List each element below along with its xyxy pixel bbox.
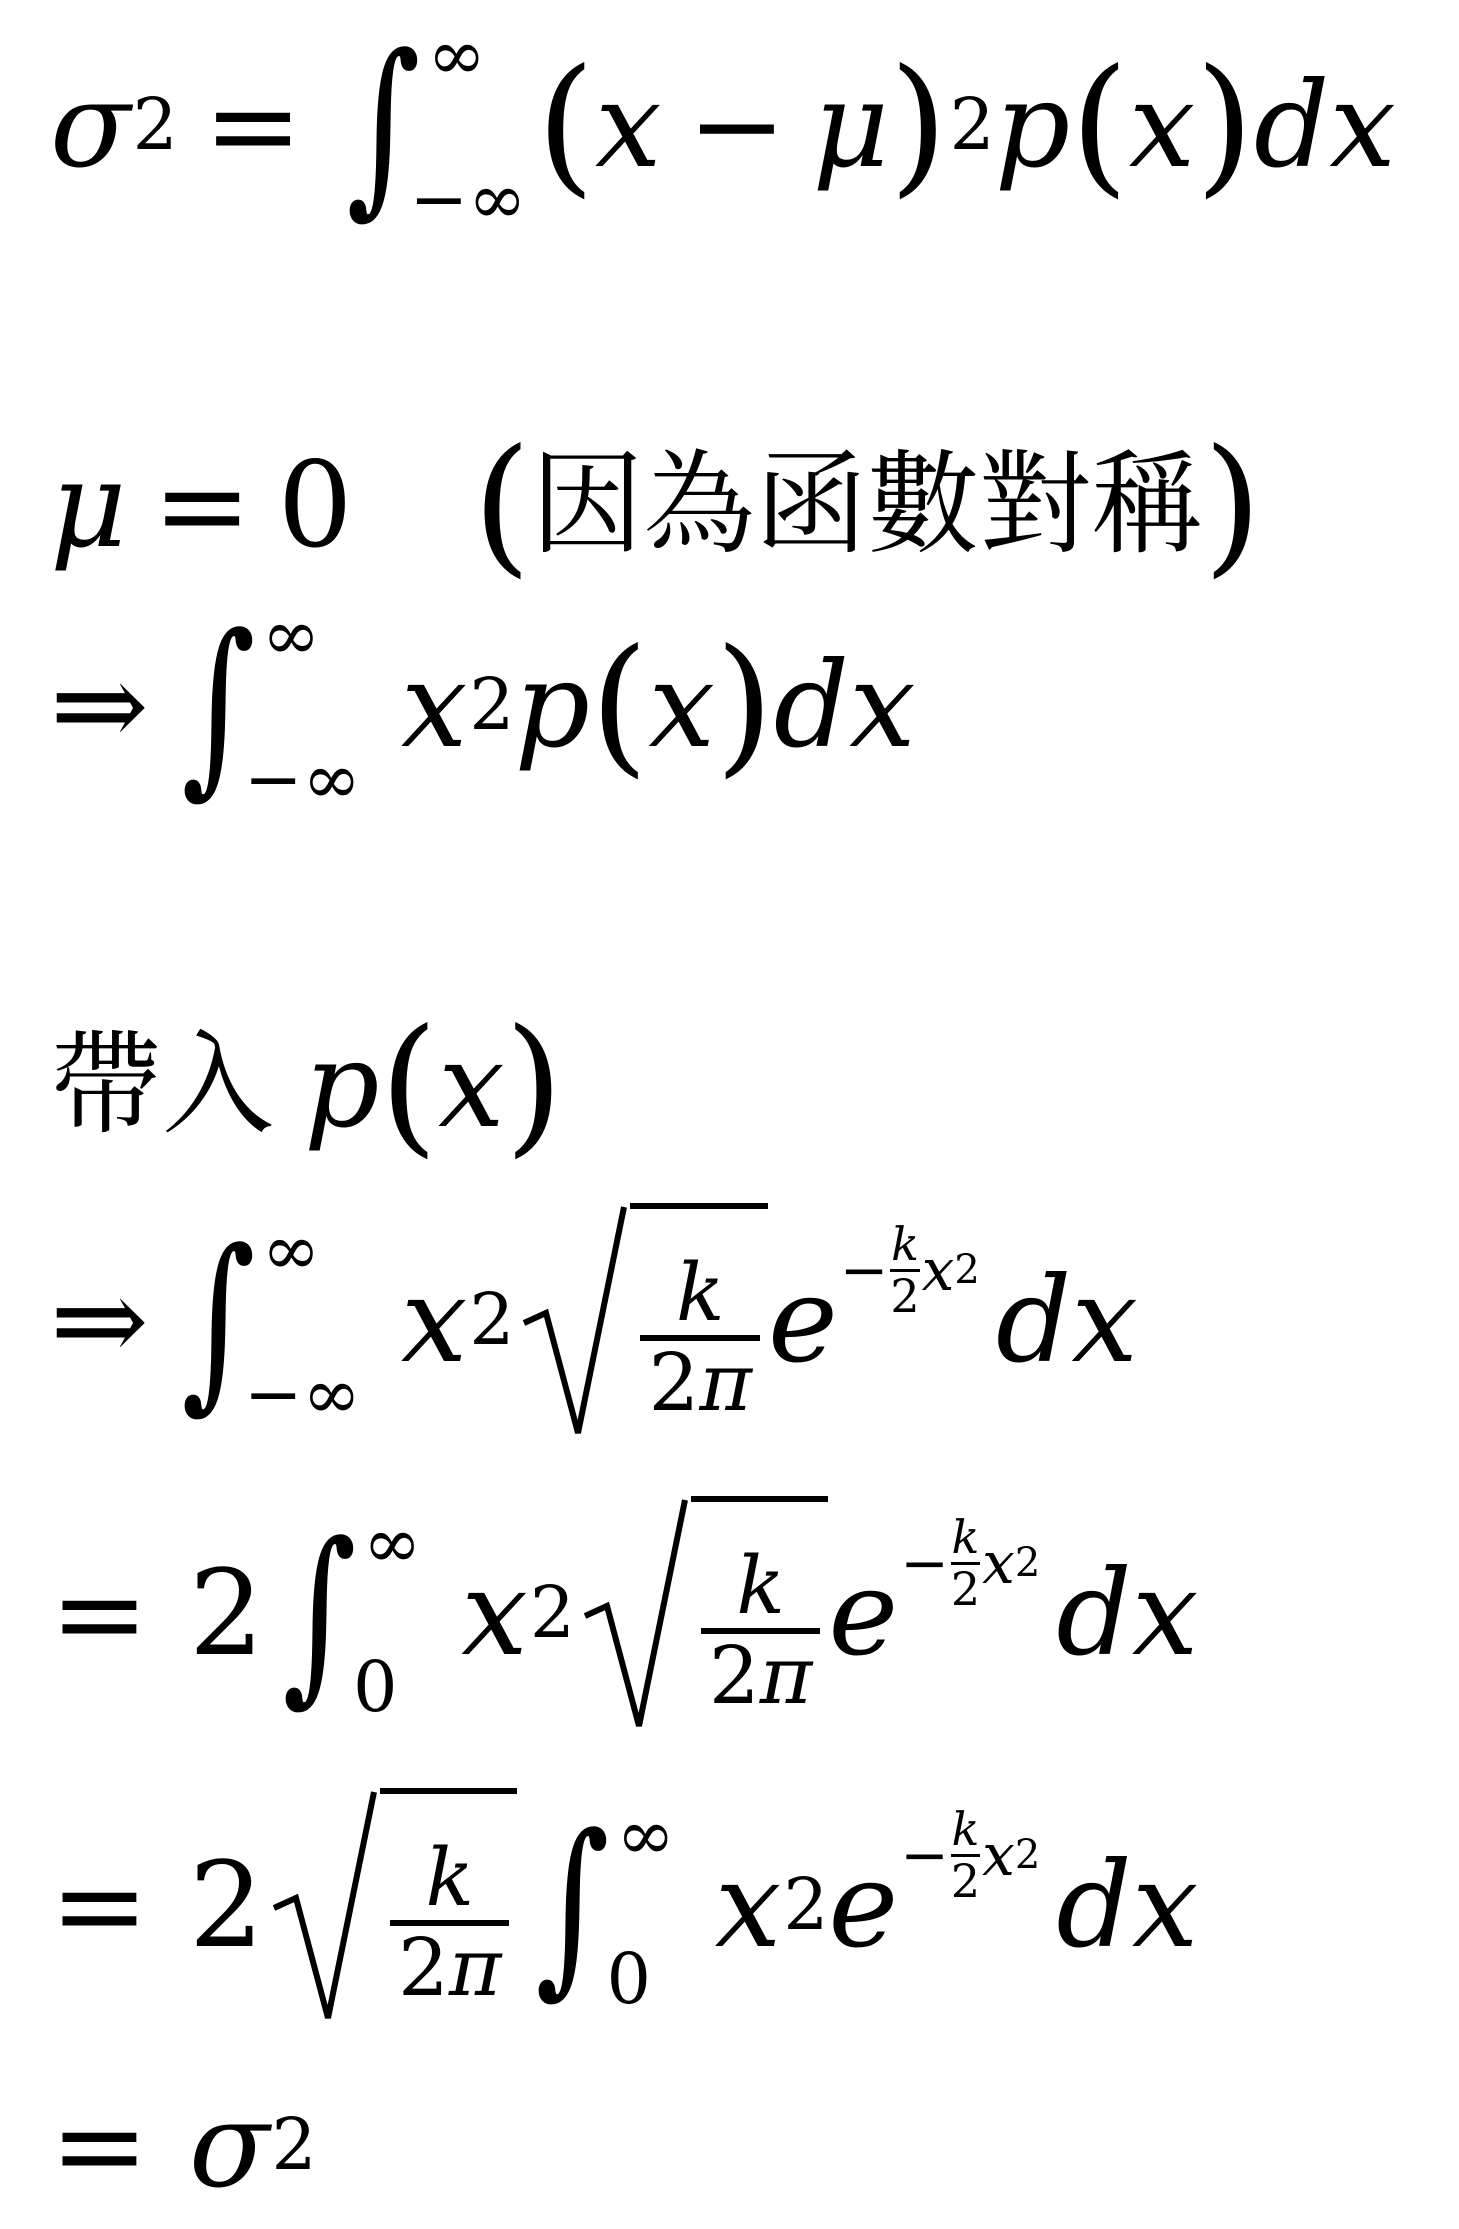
- variable-x: x: [401, 1261, 468, 1379]
- integral-sign: ∫: [181, 1225, 255, 1415]
- zero: 0: [278, 446, 353, 564]
- equals-sign: =: [153, 446, 252, 564]
- equation-even-function-step: = 2 ∫ ∞0 x2 k 2π e − k2 x2 dx: [50, 1488, 1198, 1738]
- equation-constant-out-step: = 2 k 2π ∫ ∞0 x2 e − k2 x2 dx: [50, 1780, 1198, 2030]
- equation-mean-zero: μ = 0 ( 因為函數對稱 ): [50, 430, 1262, 580]
- right-paren: ): [715, 638, 774, 773]
- minus-sign: −: [688, 66, 787, 184]
- integral: ∫ ∞0: [270, 1518, 421, 1708]
- variable-x: x: [1132, 1846, 1199, 1964]
- differential-d: d: [1254, 66, 1330, 184]
- upper-limit: ∞: [262, 1215, 361, 1285]
- lower-limit: −∞: [244, 1359, 361, 1429]
- integral-sign: ∫: [282, 1518, 356, 1708]
- fraction: k 2π: [701, 1544, 820, 1718]
- equation-simplified-integral: ⇒ ∫ ∞−∞ x2 p ( x ) dx: [50, 615, 916, 795]
- exponent-expression: − k2 x2: [900, 1513, 1040, 1613]
- radical-sign-icon: [520, 1203, 630, 1438]
- variable-x: x: [849, 646, 916, 764]
- upper-limit: ∞: [427, 20, 526, 90]
- exponent-expression: − k2 x2: [840, 1220, 980, 1320]
- equals-sign: =: [50, 1554, 149, 1672]
- numerator: k: [728, 1544, 792, 1628]
- equals-sign: =: [204, 66, 303, 184]
- fraction: k 2π: [390, 1836, 509, 2010]
- differential-d: d: [774, 646, 850, 764]
- equals-sign: =: [50, 1846, 149, 1964]
- exponent: 2: [530, 1578, 575, 1649]
- left-paren: (: [473, 438, 532, 573]
- integral: ∫ ∞−∞: [334, 30, 526, 220]
- function-p: p: [304, 1026, 380, 1144]
- text-substitute: 帶入 p ( x ): [50, 1010, 563, 1160]
- right-paren: ): [889, 58, 948, 193]
- euler-e: e: [768, 1261, 838, 1379]
- function-p: p: [514, 646, 590, 764]
- mu-symbol: μ: [812, 66, 889, 184]
- variable-x: x: [715, 1846, 782, 1964]
- exponent: 2: [469, 670, 514, 741]
- integral: ∫ ∞−∞: [169, 1225, 361, 1415]
- upper-limit: ∞: [363, 1508, 421, 1578]
- exponent: 2: [133, 90, 178, 161]
- equation-variance-definition: σ2 = ∫ ∞−∞ ( x − μ )2 p ( x ) dx: [50, 40, 1396, 210]
- variable-x: x: [649, 646, 716, 764]
- right-paren: ): [1195, 58, 1254, 193]
- square-root: k 2π: [520, 1203, 767, 1438]
- numerator: k: [417, 1836, 481, 1920]
- integral-sign: ∫: [536, 1810, 610, 2000]
- radical-sign-icon: [270, 1788, 380, 2023]
- left-paren: (: [1070, 58, 1129, 193]
- sigma-symbol: σ: [50, 66, 131, 184]
- upper-limit: ∞: [616, 1800, 674, 1870]
- fraction: k 2π: [640, 1251, 759, 1425]
- radical-sign-icon: [581, 1496, 691, 1731]
- variable-x: x: [595, 66, 662, 184]
- square-root: k 2π: [581, 1496, 828, 1731]
- numerator: k: [668, 1251, 732, 1335]
- denominator: 2π: [390, 1926, 509, 2010]
- integral: ∫ ∞−∞: [169, 610, 361, 800]
- integral-sign: ∫: [347, 30, 421, 220]
- left-paren: (: [590, 638, 649, 773]
- coefficient-two: 2: [189, 1554, 264, 1672]
- right-paren: ): [1203, 438, 1262, 573]
- equation-substituted-integral: ⇒ ∫ ∞−∞ x2 k 2π e − k2 x2 dx: [50, 1195, 1138, 1445]
- lower-limit: 0: [606, 1944, 674, 2014]
- right-paren: ): [505, 1018, 564, 1153]
- equals-sign: =: [50, 2086, 149, 2204]
- left-paren: (: [380, 1018, 439, 1153]
- annotation-because-symmetric: 因為函數對稱: [531, 449, 1203, 561]
- equation-result: = σ2: [50, 2075, 316, 2215]
- variable-x: x: [1132, 1554, 1199, 1672]
- euler-e: e: [828, 1554, 898, 1672]
- exponent: 2: [469, 1285, 514, 1356]
- exponent: 2: [271, 2110, 316, 2181]
- left-paren: (: [536, 58, 595, 193]
- differential-d: d: [1056, 1554, 1132, 1672]
- euler-e: e: [828, 1846, 898, 1964]
- lower-limit: −∞: [244, 744, 361, 814]
- variable-x: x: [438, 1026, 505, 1144]
- upper-limit: ∞: [262, 600, 361, 670]
- function-p: p: [995, 66, 1071, 184]
- variable-x: x: [1071, 1261, 1138, 1379]
- denominator: 2π: [640, 1341, 759, 1425]
- substitute-label: 帶入: [50, 1029, 274, 1141]
- exponent-expression: − k2 x2: [900, 1805, 1040, 1905]
- differential-d: d: [1056, 1846, 1132, 1964]
- variable-x: x: [1129, 66, 1196, 184]
- exponent: 2: [950, 90, 995, 161]
- variable-x: x: [461, 1554, 528, 1672]
- integral: ∫ ∞0: [523, 1810, 674, 2000]
- integral-sign: ∫: [181, 610, 255, 800]
- square-root: k 2π: [270, 1788, 517, 2023]
- differential-d: d: [996, 1261, 1072, 1379]
- mu-symbol: μ: [50, 446, 127, 564]
- lower-limit: −∞: [409, 164, 526, 234]
- variable-x: x: [1329, 66, 1396, 184]
- variable-x: x: [401, 646, 468, 764]
- implies-arrow: ⇒: [50, 1261, 149, 1379]
- denominator: 2π: [701, 1634, 820, 1718]
- implies-arrow: ⇒: [50, 646, 149, 764]
- coefficient-two: 2: [189, 1846, 264, 1964]
- exponent: 2: [783, 1870, 828, 1941]
- sigma-symbol: σ: [189, 2086, 270, 2204]
- lower-limit: 0: [353, 1652, 421, 1722]
